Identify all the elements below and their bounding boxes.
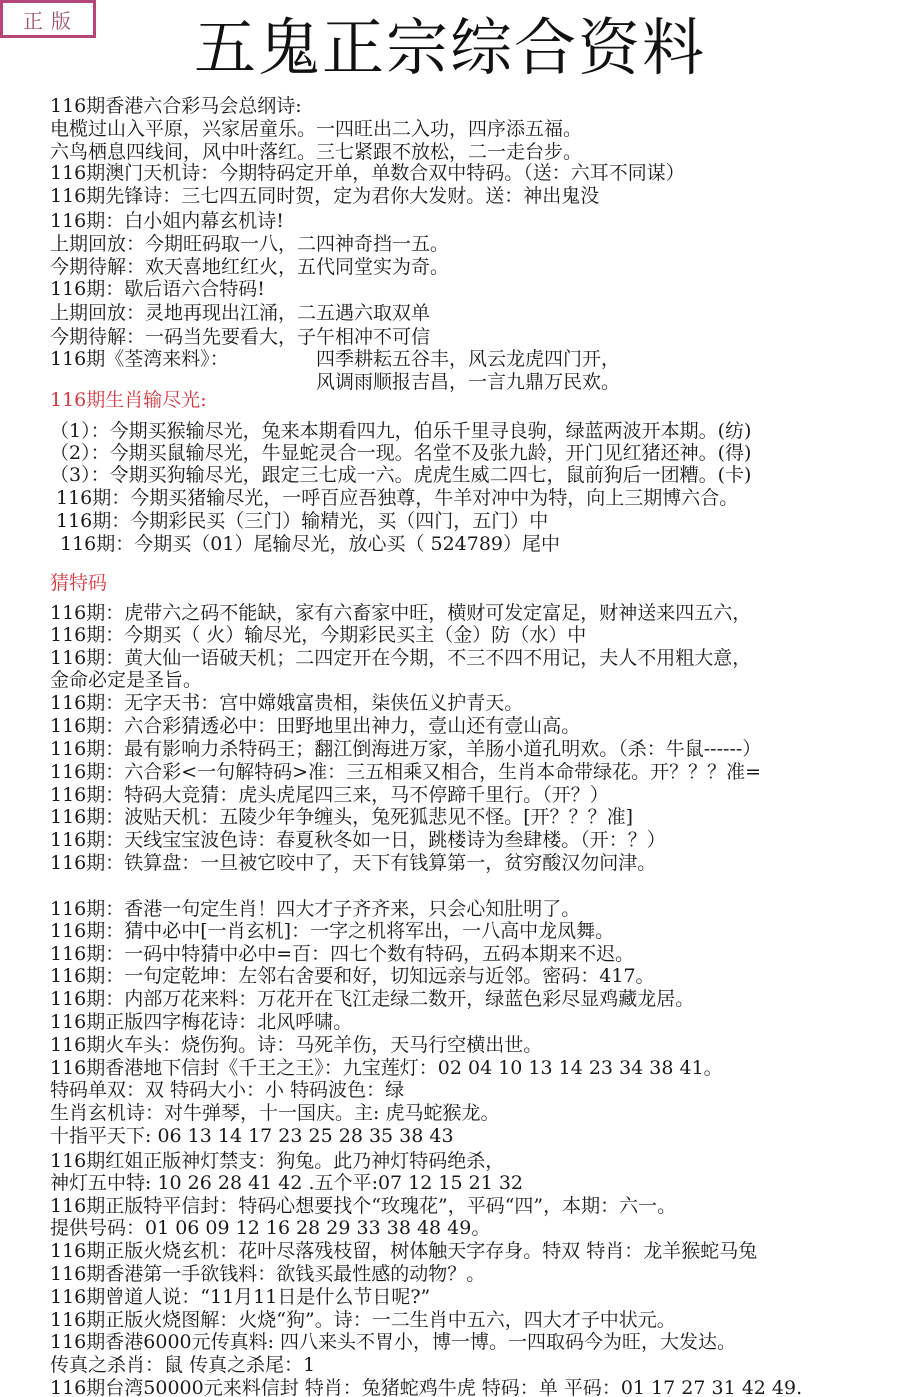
- text-line: 116期：今期买（ 火）输尽光，今期彩民买主（金）防（水）中: [50, 624, 586, 646]
- text-line: 116期：今期买猪输尽光，一呼百应吾独尊，牛羊对冲中为特，向上三期博六合。: [56, 487, 738, 509]
- section-heading-zodiac-lose: 116期生肖输尽光:: [50, 389, 207, 411]
- text-line: 116期正版四字梅花诗：北风呼啸。: [50, 1011, 352, 1033]
- text-line: 传真之杀肖：鼠 传真之杀尾：1: [50, 1354, 315, 1376]
- text-line: 今期待解：欢天喜地红红火，五代同堂实为奇。: [50, 256, 449, 278]
- text-line: 116期：一句定乾坤：左邻右舍要和好，切知远亲与近邻。密码：417。: [50, 965, 655, 987]
- text-line: 神灯五中特: 10 26 28 41 42 .五个平:07 12 15 21 3…: [50, 1172, 523, 1194]
- text-line: 116期：铁算盘：一旦被它咬中了，天下有钱算第一，贫穷酸汉勿问津。: [50, 852, 656, 874]
- text-line: 116期香港地下信封《千王之王》：九宝莲灯：02 04 10 13 14 23 …: [50, 1057, 723, 1079]
- quan-wan-line: 四季耕耘五谷丰，风云龙虎四门开，: [316, 348, 620, 370]
- text-line: 116期先锋诗：三七四五同时贺，定为君你大发财。送：神出鬼没: [50, 185, 599, 207]
- text-line: 116期：歇后语六合特码!: [50, 278, 265, 300]
- text-line: 116期：六合彩猜透必中：田野地里出神力，壹山还有壹山高。: [50, 715, 580, 737]
- text-line: 116期：黄大仙一语破天机；二四定开在今期，不三不四不用记，夫人不用粗大意，: [50, 647, 751, 669]
- text-line: 116期香港第一手欲钱料：欲钱买最性感的动物？。: [50, 1263, 485, 1285]
- page-title: 五鬼正宗综合资料: [0, 8, 900, 88]
- text-line: 116期香港6000元传真料: 四八来头不胃小，博一博。一四取码今为旺，大发达。: [50, 1331, 736, 1353]
- text-line: 上期回放：今期旺码取一八，二四神奇挡一五。: [50, 233, 449, 255]
- text-line: 116期：最有影响力杀特码王；翻江倒海进万家，羊肠小道孔明欢。（杀：牛鼠----…: [50, 738, 761, 760]
- text-line: 116期澳门天机诗：今期特码定开单，单数合双中特码。（送：六耳不同谋）: [50, 162, 685, 184]
- text-line: 特码单双：双 特码大小：小 特码波色：绿: [50, 1079, 404, 1101]
- text-line: 116期：特码大竞猜：虎头虎尾四三来，马不停蹄千里行。（开？）: [50, 784, 609, 806]
- text-line: 116期：今期买（01）尾输尽光，放心买（ 524789）尾中: [60, 533, 560, 555]
- text-line: 116期：香港一句定生肖！四大才子齐齐来，只会心知肚明了。: [50, 898, 580, 920]
- text-line: 116期：无字天书：宫中嫦娥富贵相，柒侠伍义护青天。: [50, 692, 523, 714]
- text-line: 116期：天线宝宝波色诗：春夏秋冬如一日，跳楼诗为叁肆楼。（开：？）: [50, 829, 666, 851]
- text-line: 116期正版火烧玄机：花叶尽落残枝留，树体触天字存身。特双 特肖：龙羊猴蛇马兔: [50, 1240, 757, 1262]
- text-line: 116期：六合彩<一句解特码>准：三五相乘又相合，生肖本命带绿花。开？？？准=: [50, 761, 761, 783]
- text-line: 116期正版特平信封：特码心想要找个“玫瑰花”，平码“四”，本期：六一。: [50, 1195, 676, 1217]
- text-line: 116期火车头：烧伤狗。诗：马死羊伤，天马行空横出世。: [50, 1034, 542, 1056]
- text-line: 金命必定是圣旨。: [50, 669, 202, 691]
- text-line: （2）：今期买鼠输尽光，牛显蛇灵合一现。名堂不及张九龄，开门见红猪还神。(得): [50, 442, 751, 464]
- text-line: 116期：猜中必中[一肖玄机]：一字之机将军出，一八高中龙凤舞。: [50, 920, 614, 942]
- text-line: 提供号码：01 06 09 12 16 28 29 33 38 48 49。: [50, 1217, 490, 1239]
- text-line: 116期正版火烧图解：火烧“狗”。诗：一二生肖中五六，四大才子中状元。: [50, 1309, 676, 1331]
- text-line: 116期：虎带六之码不能缺，家有六畜家中旺，横财可发定富足，财神送来四五六，: [50, 602, 751, 624]
- text-line: 上期回放：灵地再现出江涌，二五遇六取双单: [50, 302, 430, 324]
- quan-wan-line: 风调雨顺报吉昌，一言九鼎万民欢。: [316, 371, 620, 393]
- text-line: 十指平天下: 06 13 14 17 23 25 28 35 38 43: [50, 1125, 454, 1147]
- section-heading-guess-code: 猜特码: [50, 572, 107, 594]
- text-line: 116期红姐正版神灯禁支：狗兔。此乃神灯特码绝杀，: [50, 1150, 504, 1172]
- text-line: 116期香港六合彩马会总纲诗:: [50, 95, 302, 117]
- text-line: 116期曾道人说：“11月11日是什么节日呢?”: [50, 1286, 430, 1308]
- text-line: （1）：今期买猴输尽光，兔来本期看四九，伯乐千里寻良驹，绿蓝两波开本期。(纺): [50, 420, 751, 442]
- quan-wan-label: 116期《荃湾来料》：: [50, 348, 229, 370]
- text-line: 六鸟栖息四线间，风中叶落红。三七紧跟不放松，二一走台步。: [50, 141, 582, 163]
- text-line: 今期待解：一码当先要看大，子午相冲不可信: [50, 326, 430, 348]
- text-line: 116期：波贴天机：五陵少年争缠头，兔死狐悲见不怪。[开？？？准]: [50, 806, 633, 828]
- text-line: 116期：内部万花来料：万花开在飞江走绿二数开，绿蓝色彩尽显鸡藏龙居。: [50, 988, 694, 1010]
- text-line: 116期台湾50000元来料信封 特肖：兔猪蛇鸡牛虎 特码：单 平码：01 17…: [50, 1377, 802, 1397]
- text-line: 116期：一码中特猜中必中=百：四七个数有特码，五码本期来不迟。: [50, 943, 634, 965]
- text-line: （3）：令期买狗输尽光，跟定三七成一六。虎虎生威二四七，鼠前狗后一团糟。(卡): [50, 464, 751, 486]
- text-line: 116期：白小姐内幕玄机诗!: [50, 210, 284, 232]
- text-line: 116期：今期彩民买（三门）输精光，买（四门，五门）中: [56, 510, 548, 532]
- text-line: 电榄过山入平原，兴家居童乐。一四旺出二入功，四序添五福。: [50, 118, 582, 140]
- text-line: 生肖玄机诗：对牛弹琴，十一国庆。主: 虎马蛇猴龙。: [50, 1102, 499, 1124]
